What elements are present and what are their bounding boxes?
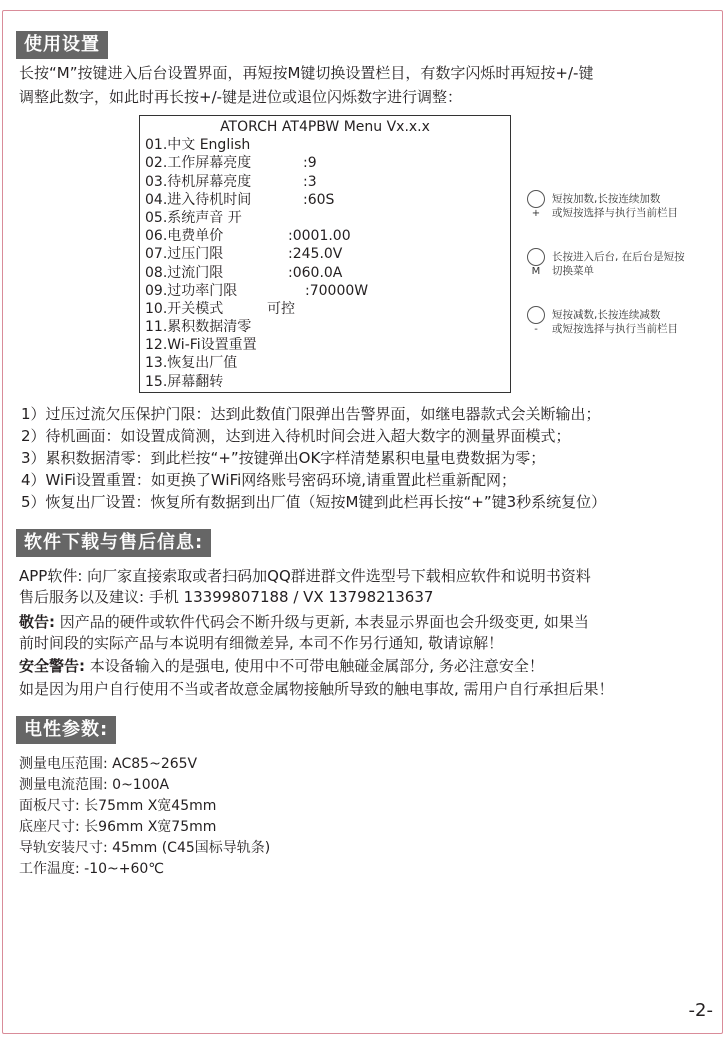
menu-item-label: 15.屏幕翻转 [145,374,223,390]
key-desc-line1: 短按减数,长按连续减数 [552,308,678,322]
menu-item-label: 08.过流门限 [145,265,223,281]
note-item: 2）待机画面：如设置成简测，达到进入待机时间会进入超大数字的测量界面模式； [21,425,606,447]
menu-item: 13.恢复出厂值 [140,354,510,372]
notice-label: 敬告: [19,613,55,631]
page-number: -2- [689,1000,713,1021]
menu-item-label: 10.开关模式 [145,301,223,317]
menu-item-label: 05.系统声音 开 [145,210,242,226]
menu-item-value: :60S [303,191,334,209]
note-item: 4）WiFi设置重置：如更换了WiFi网络账号密码环境,请重置此栏重新配网； [21,469,606,491]
menu-item-label: 01.中文 English [145,137,250,153]
menu-item: 05.系统声音 开 [140,209,510,227]
warning-label: 安全警告: [19,657,85,675]
notice-line2: 前时间段的实际产品与本说明有细微差异, 本司不作另行通知, 敬请谅解！ [19,633,503,654]
warning-line2: 如是因为用户自行使用不当或者故意金属物接触所导致的触电事故, 需用户自行承担后果… [19,679,614,700]
menu-item: 15.屏幕翻转 [140,373,510,391]
spec-item: 测量电流范围: 0~100A [19,775,270,796]
note-item: 1）过压过流欠压保护门限：达到此数值门限弹出告警界面，如继电器款式会关断输出； [21,403,606,425]
menu-item: 10.开关模式可控 [140,300,510,318]
section-title-usage: 使用设置 [16,31,108,59]
key-desc-line1: 长按进入后台, 在后台是短按 [552,250,685,264]
menu-item-value: :9 [303,154,317,172]
spec-item: 面板尺寸: 长75mm X宽45mm [19,796,270,817]
warning-line1: 安全警告: 本设备输入的是强电, 使用中不可带电触碰金属部分, 务必注意安全！ [19,656,544,677]
menu-item-label: 12.Wi-Fi设置重置 [145,337,257,353]
notice-text: 因产品的硬件或软件代码会不断升级与更新, 本表显示界面也会升级变更, 如果当 [55,613,589,631]
menu-item-label: 02.工作屏幕亮度 [145,155,251,171]
section-title-support: 软件下载与售后信息: [16,529,211,557]
key-desc-line2: 或短按选择与执行当前栏目 [552,322,678,336]
menu-item-label: 13.恢复出厂值 [145,355,237,371]
menu-item-value: :70000W [305,282,368,300]
menu-item-value: 可控 [267,300,295,318]
key-symbol: + [527,209,545,219]
menu-item-value: :0001.00 [288,227,351,245]
menu-title: ATORCH AT4PBW Menu Vx.x.x [140,118,510,136]
menu-item: 11.累积数据清零 [140,318,510,336]
menu-item: 03.待机屏幕亮度:3 [140,173,510,191]
notes-list: 1）过压过流欠压保护门限：达到此数值门限弹出告警界面，如继电器款式会关断输出； … [21,403,606,513]
section-title-specs: 电性参数: [16,716,116,744]
spec-item: 工作温度: -10~+60℃ [19,859,270,880]
menu-item: 09.过功率门限:70000W [140,282,510,300]
notice-line1: 敬告: 因产品的硬件或软件代码会不断升级与更新, 本表显示界面也会升级变更, 如… [19,612,589,633]
menu-item-value: :3 [303,173,317,191]
specs-list: 测量电压范围: AC85~265V 测量电流范围: 0~100A 面板尺寸: 长… [19,754,270,880]
app-line: APP软件: 向厂家直接索取或者扫码加QQ群进群文件选型号下载相应软件和说明书资… [19,566,591,587]
menu-item: 12.Wi-Fi设置重置 [140,336,510,354]
menu-item: 02.工作屏幕亮度:9 [140,154,510,172]
menu-item-label: 06.电费单价 [145,228,223,244]
key-symbol: - [527,325,545,335]
menu-item-value: :245.0V [288,245,342,263]
plus-key-icon [527,190,545,208]
service-line: 售后服务以及建议: 手机 13399807188 / VX 1379821363… [19,587,433,608]
menu-item: 04.进入待机时间:60S [140,191,510,209]
menu-item-label: 04.进入待机时间 [145,192,251,208]
menu-item-value: :060.0A [288,264,342,282]
spec-item: 导轨安装尺寸: 45mm (C45国标导轨条) [19,838,270,859]
menu-item-label: 11.累积数据清零 [145,319,251,335]
usage-intro-line1: 长按“M”按键进入后台设置界面，再短按M键切换设置栏目，有数字闪烁时再短按+/-… [19,63,593,84]
spec-item: 测量电压范围: AC85~265V [19,754,270,775]
key-desc-line1: 短按加数,长按连续加数 [552,192,678,206]
key-desc-line2: 或短按选择与执行当前栏目 [552,206,678,220]
m-key-icon [527,248,545,266]
key-symbol: M [527,267,545,277]
menu-item: 08.过流门限:060.0A [140,264,510,282]
note-item: 5）恢复出厂设置：恢复所有数据到出厂值（短按M键到此栏再长按“+”键3秒系统复位… [21,491,606,513]
menu-item: 01.中文 English [140,136,510,154]
menu-item-label: 09.过功率门限 [145,283,237,299]
spec-item: 底座尺寸: 长96mm X宽75mm [19,817,270,838]
menu-item-label: 07.过压门限 [145,246,223,262]
key-desc-line2: 切换菜单 [552,264,685,278]
menu-item: 07.过压门限:245.0V [140,245,510,263]
menu-item: 06.电费单价:0001.00 [140,227,510,245]
minus-key-icon [527,306,545,324]
warning-text: 本设备输入的是强电, 使用中不可带电触碰金属部分, 务必注意安全！ [85,657,544,675]
menu-diagram: ATORCH AT4PBW Menu Vx.x.x 01.中文 English … [139,115,511,393]
note-item: 3）累积数据清零：到此栏按“+”按键弹出OK字样清楚累积电量电费数据为零； [21,447,606,469]
usage-intro-line2: 调整此数字，如此时再长按+/-键是进位或退位闪烁数字进行调整： [19,87,462,108]
menu-item-label: 03.待机屏幕亮度 [145,174,251,190]
